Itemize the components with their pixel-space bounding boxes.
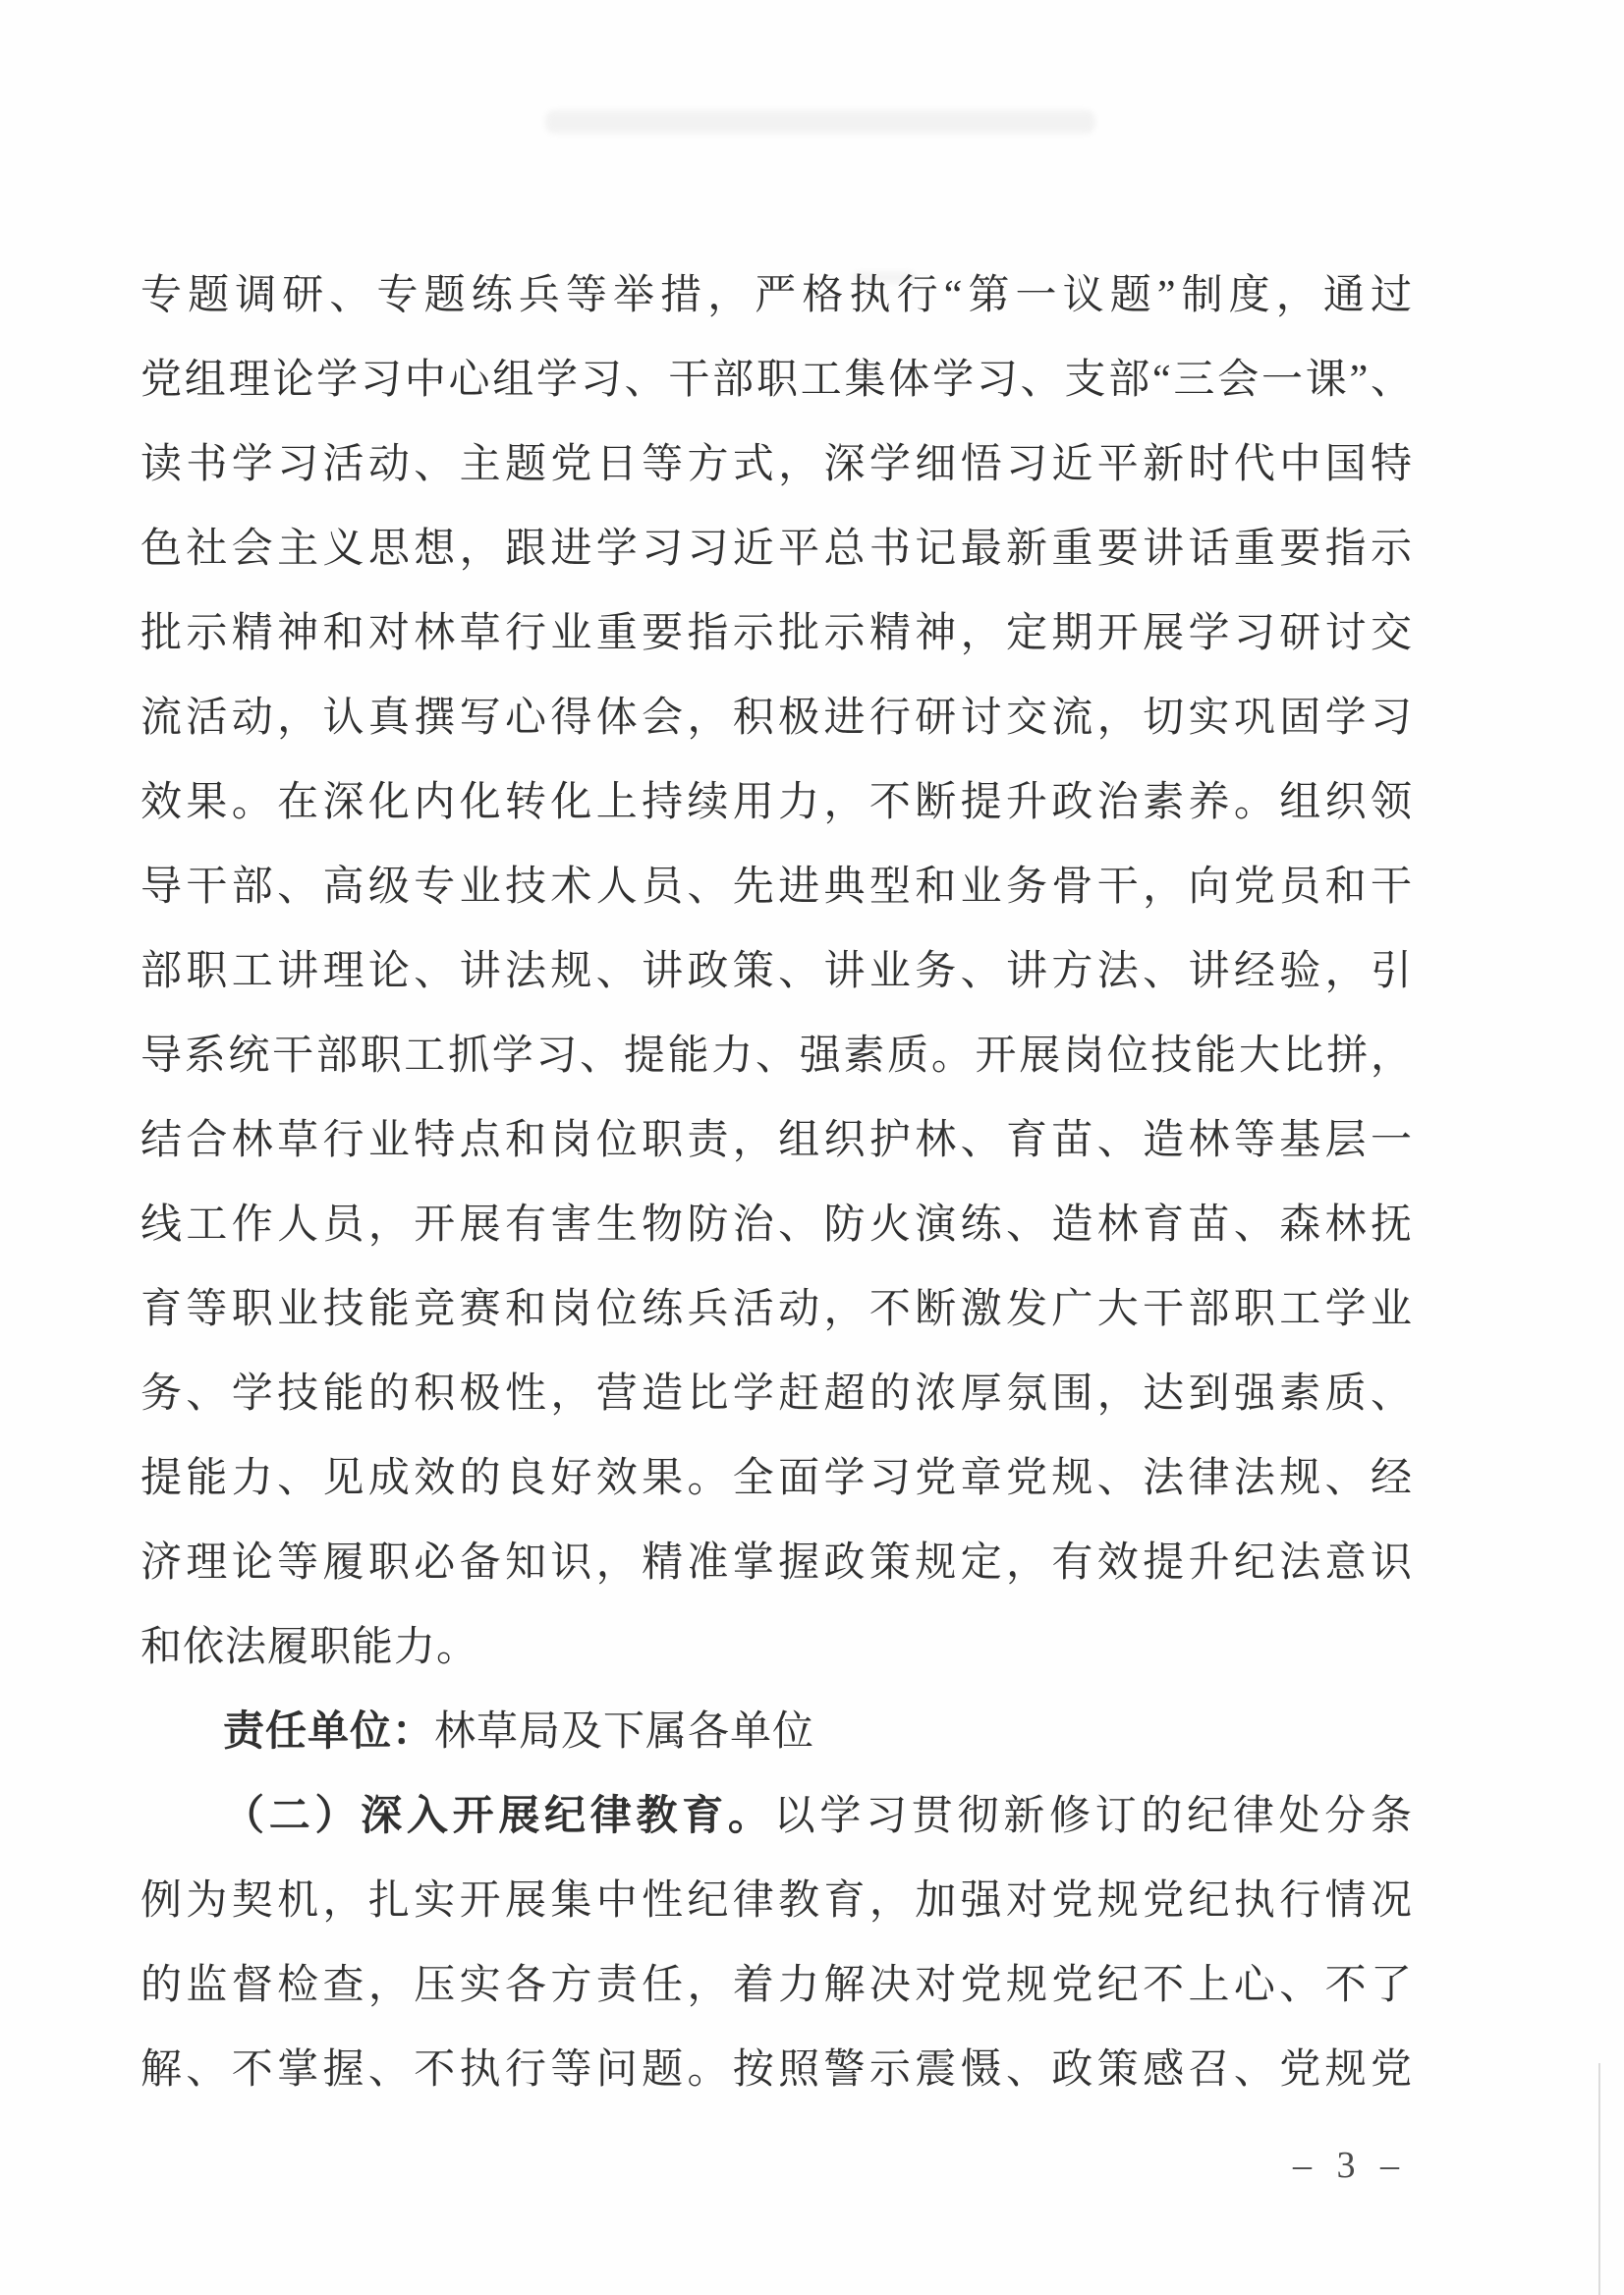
text-line: 色社会主义思想，跟进学习习近平总书记最新重要讲话重要指示 [140, 507, 1413, 591]
bold-run: （二）深入开展纪律教育。 [223, 1794, 774, 1839]
text-line: 育等职业技能竞赛和岗位练兵活动，不断激发广大干部职工学业 [140, 1267, 1413, 1352]
text-line: 责任单位：林草局及下属各单位 [140, 1690, 1413, 1774]
text-line: 和依法履职能力。 [140, 1605, 1413, 1690]
text-line: 例为契机，扎实开展集中性纪律教育，加强对党规党纪执行情况 [140, 1859, 1413, 1943]
text-line: 党组理论学习中心组学习、干部职工集体学习、支部“三会一课”、 [140, 338, 1413, 422]
text-line: 务、学技能的积极性，营造比学赶超的浓厚氛围，达到强素质、 [140, 1352, 1413, 1436]
text-line: 线工作人员，开展有害生物防治、防火演练、造林育苗、森林抚 [140, 1183, 1413, 1267]
text-line: 部职工讲理论、讲法规、讲政策、讲业务、讲方法、讲经验，引 [140, 929, 1413, 1014]
text-line: （二）深入开展纪律教育。以学习贯彻新修订的纪律处分条 [140, 1774, 1413, 1859]
text-line: 解、不掌握、不执行等问题。按照警示震慑、政策感召、党规党 [140, 2028, 1413, 2112]
bold-run: 责任单位： [223, 1709, 434, 1755]
text-line: 效果。在深化内化转化上持续用力，不断提升政治素养。组织领 [140, 760, 1413, 845]
text-line: 结合林草行业特点和岗位职责，组织护林、育苗、造林等基层一 [140, 1098, 1413, 1183]
document-body: 专题调研、专题练兵等举措，严格执行“第一议题”制度，通过党组理论学习中心组学习、… [140, 253, 1413, 2112]
text-line: 导系统干部职工抓学习、提能力、强素质。开展岗位技能大比拼， [140, 1014, 1413, 1098]
text-line: 的监督检查，压实各方责任，着力解决对党规党纪不上心、不了 [140, 1943, 1413, 2028]
page-number: – 3 – [1293, 2144, 1407, 2187]
scanned-document-page: 专题调研、专题练兵等举措，严格执行“第一议题”制度，通过党组理论学习中心组学习、… [0, 0, 1624, 2295]
scan-smudge [545, 110, 1095, 134]
text-line: 读书学习活动、主题党日等方式，深学细悟习近平新时代中国特 [140, 422, 1413, 507]
scan-artifact-line [1598, 2063, 1600, 2295]
text-line: 流活动，认真撰写心得体会，积极进行研讨交流，切实巩固学习 [140, 676, 1413, 760]
text-line: 济理论等履职必备知识，精准掌握政策规定，有效提升纪法意识 [140, 1521, 1413, 1605]
text-line: 导干部、高级专业技术人员、先进典型和业务骨干，向党员和干 [140, 845, 1413, 929]
text-line: 专题调研、专题练兵等举措，严格执行“第一议题”制度，通过 [140, 253, 1413, 338]
text-line: 批示精神和对林草行业重要指示批示精神，定期开展学习研讨交 [140, 591, 1413, 676]
text-line: 提能力、见成效的良好效果。全面学习党章党规、法律法规、经 [140, 1436, 1413, 1521]
